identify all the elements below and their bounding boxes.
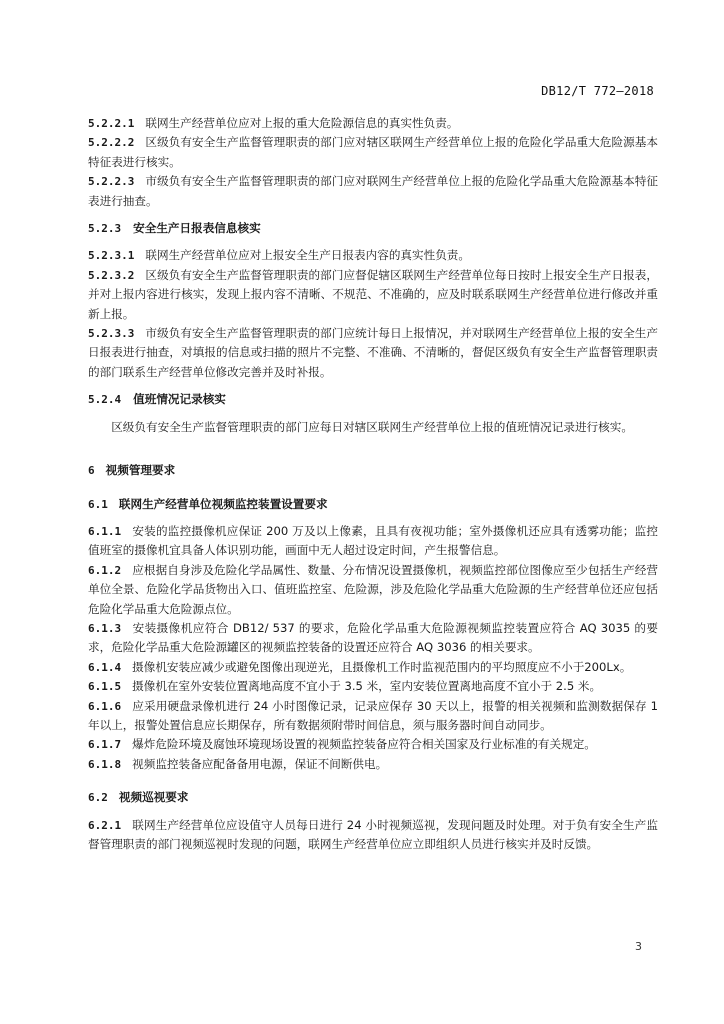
clause-text: 应根据自身涉及危险化学品属性、数量、分布情况设置摄像机，视频监控部位图像应至少包… bbox=[88, 563, 658, 616]
clause-number: 5.2.3.3 bbox=[88, 327, 134, 340]
clause-text: 市级负有安全生产监督管理职责的部门应对联网生产经营单位上报的危险化学品重大危险源… bbox=[88, 174, 658, 207]
clause-text: 联网生产经营单位应对上报的重大危险源信息的真实性负责。 bbox=[145, 116, 458, 130]
clause-number: 6.1.3 bbox=[88, 622, 121, 635]
clause-number: 6.1.8 bbox=[88, 758, 121, 771]
clause-6-1-5: 6.1.5摄像机在室外安装位置离地高度不宜小于 3.5 米，室内安装位置离地高度… bbox=[88, 677, 658, 696]
heading-title: 视频巡视要求 bbox=[119, 790, 189, 804]
heading-5-2-3: 5.2.3安全生产日报表信息核实 bbox=[88, 219, 658, 238]
clause-number: 5.2.3.2 bbox=[88, 269, 134, 282]
clause-number: 5.2.2.1 bbox=[88, 117, 134, 130]
heading-number: 5.2.3 bbox=[88, 222, 121, 235]
standard-code: DB12/T 772—2018 bbox=[541, 84, 654, 98]
clause-number: 6.1.7 bbox=[88, 738, 121, 751]
heading-number: 5.2.4 bbox=[88, 393, 121, 406]
heading-number: 6.1 bbox=[88, 498, 108, 511]
heading-number: 6 bbox=[88, 464, 95, 477]
clause-number: 6.1.5 bbox=[88, 680, 121, 693]
heading-title: 安全生产日报表信息核实 bbox=[133, 221, 261, 235]
clause-text: 摄像机在室外安装位置离地高度不宜小于 3.5 米，室内安装位置离地高度不宜小于 … bbox=[132, 679, 601, 693]
clause-number: 5.2.2.3 bbox=[88, 175, 134, 188]
clause-5-2-2-3: 5.2.2.3市级负有安全生产监督管理职责的部门应对联网生产经营单位上报的危险化… bbox=[88, 172, 658, 211]
heading-title: 值班情况记录核实 bbox=[133, 392, 226, 406]
clause-text: 安装摄像机应符合 DB12/ 537 的要求，危险化学品重大危险源视频监控装置应… bbox=[88, 621, 658, 654]
clause-text: 摄像机安装应减少或避免图像出现逆光，且摄像机工作时监视范围内的平均照度应不小于2… bbox=[132, 660, 631, 674]
clause-text: 区级负有安全生产监督管理职责的部门应督促辖区联网生产经营单位每日按时上报安全生产… bbox=[88, 268, 658, 321]
clause-number: 6.1.4 bbox=[88, 661, 121, 674]
clause-6-1-8: 6.1.8视频监控装备应配备备用电源，保证不间断供电。 bbox=[88, 755, 658, 774]
clause-6-1-6: 6.1.6应采用硬盘录像机进行 24 小时图像记录，记录应保存 30 天以上，报… bbox=[88, 697, 658, 736]
clause-text: 应采用硬盘录像机进行 24 小时图像记录，记录应保存 30 天以上，报警的相关视… bbox=[88, 699, 658, 732]
heading-title: 联网生产经营单位视频监控装置设置要求 bbox=[119, 497, 328, 511]
clause-6-1-3: 6.1.3安装摄像机应符合 DB12/ 537 的要求，危险化学品重大危险源视频… bbox=[88, 619, 658, 658]
clause-text: 安装的监控摄像机应保证 200 万及以上像素，且具有夜视功能；室外摄像机还应具有… bbox=[88, 524, 658, 557]
clause-5-2-3-2: 5.2.3.2区级负有安全生产监督管理职责的部门应督促辖区联网生产经营单位每日按… bbox=[88, 266, 658, 324]
clause-5-2-3-3: 5.2.3.3市级负有安全生产监督管理职责的部门应统计每日上报情况，并对联网生产… bbox=[88, 324, 658, 382]
heading-6: 6视频管理要求 bbox=[88, 461, 658, 480]
document-page: DB12/T 772—2018 5.2.2.1联网生产经营单位应对上报的重大危险… bbox=[0, 0, 724, 1024]
clause-number: 6.1.1 bbox=[88, 525, 121, 538]
heading-6-1: 6.1联网生产经营单位视频监控装置设置要求 bbox=[88, 495, 658, 514]
clause-text: 区级负有安全生产监督管理职责的部门应对辖区联网生产经营单位上报的危险化学品重大危… bbox=[88, 135, 658, 168]
clause-text: 联网生产经营单位应设值守人员每日进行 24 小时视频巡视，发现问题及时处理。对于… bbox=[88, 818, 658, 851]
clause-number: 6.1.6 bbox=[88, 700, 121, 713]
clause-text: 市级负有安全生产监督管理职责的部门应统计每日上报情况，并对联网生产经营单位上报的… bbox=[88, 326, 658, 379]
clause-text: 爆炸危险环境及腐蚀环境现场设置的视频监控装备应符合相关国家及行业标准的有关规定。 bbox=[132, 737, 596, 751]
heading-5-2-4: 5.2.4值班情况记录核实 bbox=[88, 390, 658, 409]
heading-number: 6.2 bbox=[88, 791, 108, 804]
clause-5-2-3-1: 5.2.3.1联网生产经营单位应对上报安全生产日报表内容的真实性负责。 bbox=[88, 246, 658, 265]
clause-6-1-2: 6.1.2应根据自身涉及危险化学品属性、数量、分布情况设置摄像机，视频监控部位图… bbox=[88, 561, 658, 619]
heading-title: 视频管理要求 bbox=[106, 463, 176, 477]
clause-6-1-7: 6.1.7爆炸危险环境及腐蚀环境现场设置的视频监控装备应符合相关国家及行业标准的… bbox=[88, 735, 658, 754]
heading-6-2: 6.2视频巡视要求 bbox=[88, 788, 658, 807]
clause-number: 6.1.2 bbox=[88, 564, 121, 577]
clause-number: 5.2.3.1 bbox=[88, 249, 134, 262]
clause-5-2-4-body: 区级负有安全生产监督管理职责的部门应每日对辖区联网生产经营单位上报的值班情况记录… bbox=[88, 418, 658, 437]
clause-6-2-1: 6.2.1联网生产经营单位应设值守人员每日进行 24 小时视频巡视，发现问题及时… bbox=[88, 816, 658, 855]
clause-text: 联网生产经营单位应对上报安全生产日报表内容的真实性负责。 bbox=[145, 248, 470, 262]
clause-5-2-2-2: 5.2.2.2区级负有安全生产监督管理职责的部门应对辖区联网生产经营单位上报的危… bbox=[88, 133, 658, 172]
clause-6-1-1: 6.1.1安装的监控摄像机应保证 200 万及以上像素，且具有夜视功能；室外摄像… bbox=[88, 522, 658, 561]
document-body: 5.2.2.1联网生产经营单位应对上报的重大危险源信息的真实性负责。 5.2.2… bbox=[88, 114, 658, 854]
clause-text: 视频监控装备应配备备用电源，保证不间断供电。 bbox=[132, 757, 387, 771]
clause-6-1-4: 6.1.4摄像机安装应减少或避免图像出现逆光，且摄像机工作时监视范围内的平均照度… bbox=[88, 658, 658, 677]
page-number: 3 bbox=[635, 940, 642, 953]
clause-number: 5.2.2.2 bbox=[88, 136, 134, 149]
clause-number: 6.2.1 bbox=[88, 819, 121, 832]
clause-5-2-2-1: 5.2.2.1联网生产经营单位应对上报的重大危险源信息的真实性负责。 bbox=[88, 114, 658, 133]
